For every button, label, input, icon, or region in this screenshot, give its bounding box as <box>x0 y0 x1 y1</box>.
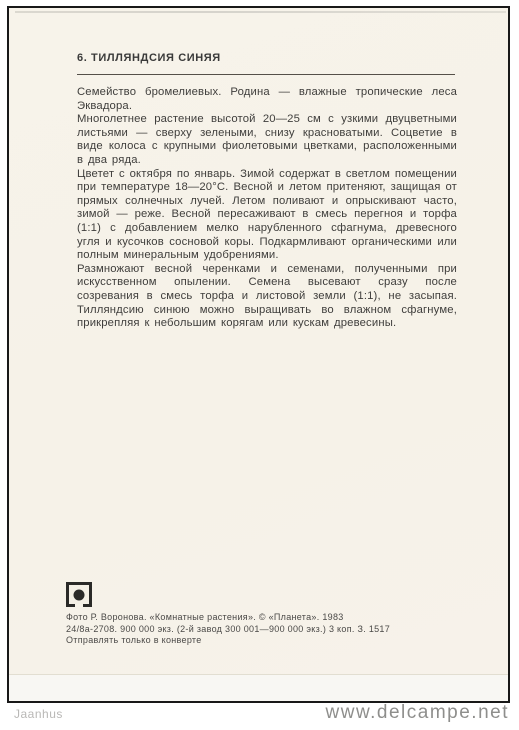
title-rule <box>77 74 455 75</box>
body-paragraph: Многолетнее растение высотой 20—25 см с … <box>77 113 457 167</box>
imprint-block: Фото Р. Воронова. «Комнатные растения». … <box>66 612 476 647</box>
logo-dot-icon <box>74 589 85 600</box>
body-paragraph: Семейство бромелиевых. Родина — влажные … <box>77 86 457 113</box>
body-paragraph: Размножают весной черенками и семенами, … <box>77 263 457 331</box>
body-paragraph: Цветет с октября по январь. Зимой содерж… <box>77 168 457 263</box>
credit-line-photo: Фото Р. Воронова. «Комнатные растения». … <box>66 612 476 624</box>
seller-watermark: Jaanhus <box>14 707 63 721</box>
postcard-scan: 6. ТИЛЛЯНДСИЯ СИНЯЯ Семейство бромелиевы… <box>7 6 510 703</box>
postcard-title: 6. ТИЛЛЯНДСИЯ СИНЯЯ <box>77 52 221 64</box>
logo-notch <box>75 604 83 607</box>
credit-line-edition: 24/8а-2708. 900 000 экз. (2-й завод 300 … <box>66 624 476 636</box>
postcard-bottom-edge <box>9 674 508 701</box>
postcard-body: Семейство бромелиевых. Родина — влажные … <box>77 86 457 331</box>
publisher-logo-icon <box>66 582 92 607</box>
delcampe-watermark: www.delcampe.net <box>326 702 509 724</box>
credit-line-envelope: Отправлять только в конверте <box>66 635 476 647</box>
